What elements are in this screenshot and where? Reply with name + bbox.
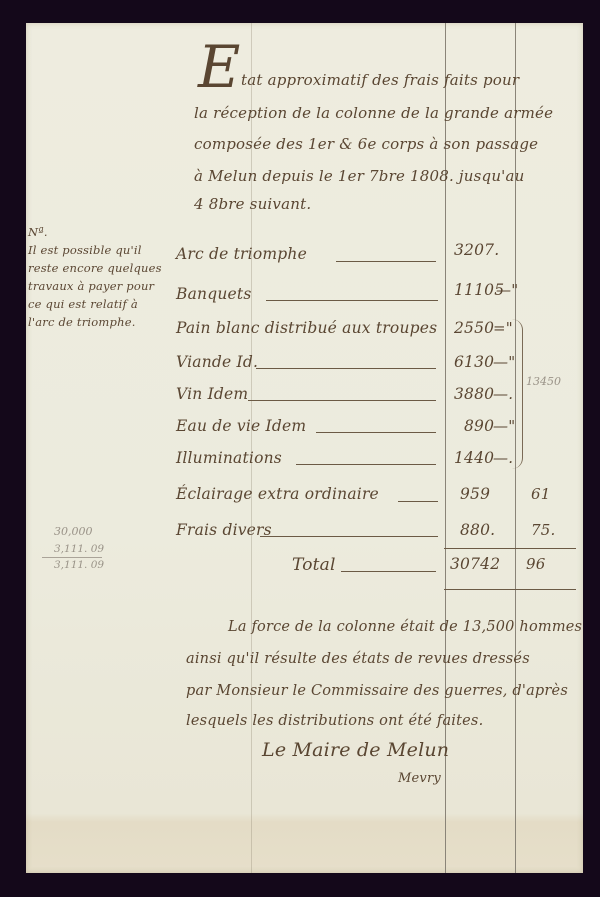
heading-initial: E xyxy=(198,33,240,101)
margin-note-line-2: reste encore quelques xyxy=(28,259,162,277)
closing-line-2: ainsi qu'il résulte des états de revues … xyxy=(186,651,530,667)
expense-francs: 1440 xyxy=(454,449,494,467)
pencil-calc-line-1: 30,000 xyxy=(54,525,93,538)
leader-line xyxy=(256,368,436,369)
heading-line-1: tat approximatif des frais faits pour xyxy=(241,71,519,89)
pencil-calc-line-2: 3,111. 09 xyxy=(54,543,104,555)
leader-line xyxy=(316,432,436,433)
pencil-calc-line-3: 3,111. 09 xyxy=(54,559,104,571)
expense-francs: 3207. xyxy=(454,241,499,259)
expense-centimes: 61 xyxy=(531,485,551,503)
total-label: Total xyxy=(292,555,336,575)
total-centimes: 96 xyxy=(526,555,546,573)
total-top-rule xyxy=(444,548,576,549)
expense-centimes: —" xyxy=(496,281,518,299)
leader-line xyxy=(260,536,438,537)
expense-centimes: —. xyxy=(493,385,513,403)
expense-francs: 880. xyxy=(460,521,495,539)
expense-label: Arc de triomphe xyxy=(176,245,307,263)
expense-centimes: =" xyxy=(493,319,513,337)
expense-label: Frais divers xyxy=(176,521,272,539)
leader-line xyxy=(266,300,438,301)
expense-label: Pain blanc distribué aux troupes xyxy=(176,319,437,337)
leader-line xyxy=(248,400,436,401)
expense-label: Vin Idem xyxy=(176,385,248,403)
margin-note-label: Nª. xyxy=(28,223,48,241)
expense-centimes: —. xyxy=(493,449,513,467)
margin-note-line-1: Il est possible qu'il xyxy=(28,241,142,259)
leader-line xyxy=(296,464,436,465)
expense-francs: 6130 xyxy=(454,353,494,371)
margin-note-line-5: l'arc de triomphe. xyxy=(28,313,136,331)
expense-label: Viande Id. xyxy=(176,353,258,371)
closing-line-4: lesquels les distributions ont été faite… xyxy=(186,713,483,729)
expense-centimes: 75. xyxy=(531,521,555,539)
leader-line xyxy=(336,261,436,262)
expense-label: Illuminations xyxy=(176,449,282,467)
expense-label: Éclairage extra ordinaire xyxy=(176,485,379,503)
heading-line-4: à Melun depuis le 1er 7bre 1808. jusqu'a… xyxy=(194,167,525,185)
heading-line-5: 4 8bre suivant. xyxy=(194,195,311,213)
expense-francs: 3880 xyxy=(454,385,494,403)
expense-label: Banquets xyxy=(176,285,251,303)
closing-line-3: par Monsieur le Commissaire des guerres,… xyxy=(186,683,568,699)
subtotal-bracket xyxy=(512,319,523,469)
expense-francs: 959 xyxy=(460,485,490,503)
margin-note-line-4: ce qui est relatif à xyxy=(28,295,138,313)
heading-line-3: composée des 1er & 6e corps à son passag… xyxy=(194,135,538,153)
signature-name: Mevry xyxy=(398,771,441,786)
leader-line xyxy=(398,501,438,502)
expense-francs: 2550 xyxy=(454,319,494,337)
margin-note-line-3: travaux à payer pour xyxy=(28,277,154,295)
expense-label: Eau de vie Idem xyxy=(176,417,306,435)
heading-line-2: la réception de la colonne de la grande … xyxy=(194,104,553,122)
leader-line xyxy=(341,571,436,572)
expense-francs: 890 xyxy=(464,417,494,435)
signature-title: Le Maire de Melun xyxy=(262,739,449,761)
pencil-subtotal: 13450 xyxy=(526,375,561,388)
pencil-calc-rule xyxy=(42,557,102,558)
total-francs: 30742 xyxy=(450,555,500,573)
closing-line-1: La force de la colonne était de 13,500 h… xyxy=(228,619,582,635)
total-bottom-rule xyxy=(444,589,576,590)
manuscript-page: E tat approximatif des frais faits pour … xyxy=(26,23,583,873)
